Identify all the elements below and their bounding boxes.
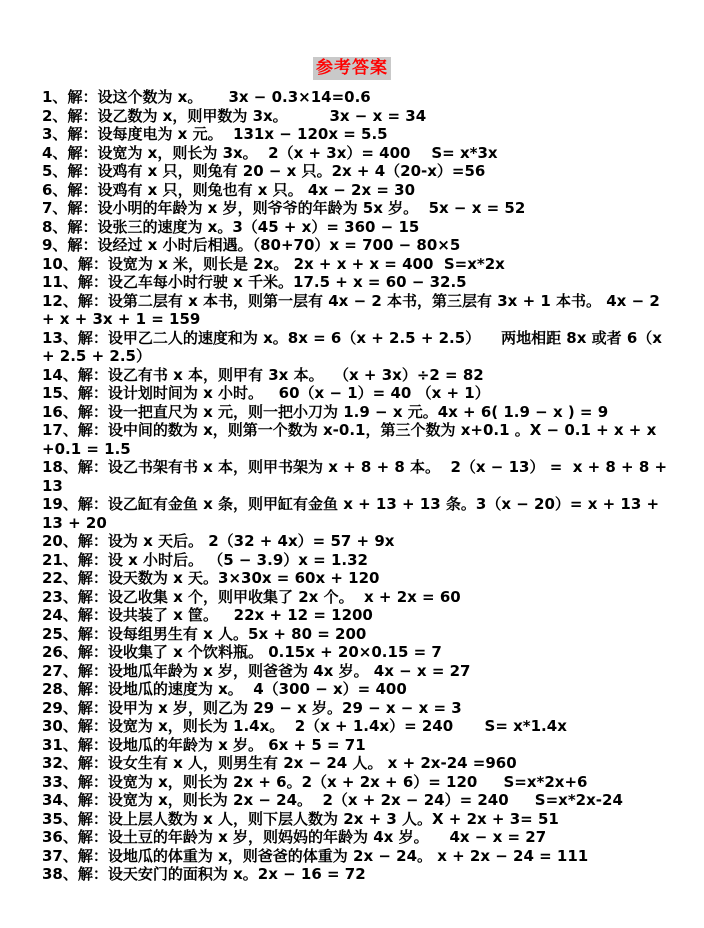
jie-label: 解：	[78, 865, 108, 883]
jie-label: 解：	[78, 662, 108, 680]
item-number: 2、	[42, 107, 67, 125]
jie-label: 解：	[67, 218, 97, 236]
answer-item: 32、解：设女生有 x 人，则男生有 2x − 24 人。 x + 2x-24 …	[42, 754, 674, 773]
jie-label: 解：	[78, 495, 108, 513]
item-number: 15、	[42, 384, 78, 402]
item-number: 37、	[42, 847, 78, 865]
jie-label: 解：	[78, 569, 108, 587]
jie-label: 解：	[78, 532, 108, 550]
item-content: 设乙收集 x 个，则甲收集了 2x 个。 x + 2x = 60	[108, 588, 461, 606]
jie-label: 解：	[78, 588, 108, 606]
item-number: 17、	[42, 421, 78, 439]
item-content: 设乙车每小时行驶 x 千米。17.5 + x = 60 − 32.5	[108, 273, 467, 291]
item-content: 设宽为 x，则长为 2x − 24。 2（x + 2x − 24）= 240 S…	[108, 791, 623, 809]
jie-label: 解：	[78, 625, 108, 643]
answer-item: 6、解：设鸡有 x 只，则兔也有 x 只。 4x − 2x = 30	[42, 181, 674, 200]
answer-item: 17、解：设中间的数为 x，则第一个数为 x-0.1，第三个数为 x+0.1 。…	[42, 421, 674, 458]
item-number: 9、	[42, 236, 67, 254]
answer-item: 15、解：设计划时间为 x 小时。 60（x − 1）= 40 （x + 1）	[42, 384, 674, 403]
item-number: 20、	[42, 532, 78, 550]
item-content: 设这个数为 x。 3x − 0.3×14=0.6	[97, 88, 370, 106]
item-number: 31、	[42, 736, 78, 754]
item-number: 10、	[42, 255, 78, 273]
item-content: 设一把直尺为 x 元，则一把小刀为 1.9 − x 元。4x + 6( 1.9 …	[108, 403, 608, 421]
item-number: 14、	[42, 366, 78, 384]
item-number: 18、	[42, 458, 78, 476]
item-content: 设每组男生有 x 人。5x + 80 = 200	[108, 625, 366, 643]
jie-label: 解：	[78, 680, 108, 698]
item-number: 30、	[42, 717, 78, 735]
item-number: 6、	[42, 181, 67, 199]
item-content: 设地瓜年龄为 x 岁，则爸爸为 4x 岁。 4x − x = 27	[108, 662, 471, 680]
answer-item: 23、解：设乙收集 x 个，则甲收集了 2x 个。 x + 2x = 60	[42, 588, 674, 607]
answers-list: 1、解：设这个数为 x。 3x − 0.3×14=0.6 2、解：设乙数为 x，…	[42, 88, 674, 884]
jie-label: 解：	[78, 847, 108, 865]
answer-item: 37、解：设地瓜的体重为 x，则爸爸的体重为 2x − 24。 x + 2x −…	[42, 847, 674, 866]
jie-label: 解：	[78, 773, 108, 791]
item-content: 设共装了 x 筐。 22x + 12 = 1200	[108, 606, 373, 624]
answer-item: 3、解：设每度电为 x 元。 131x − 120x = 5.5	[42, 125, 674, 144]
answer-item: 7、解：设小明的年龄为 x 岁，则爷爷的年龄为 5x 岁。 5x − x = 5…	[42, 199, 674, 218]
answer-item: 25、解：设每组男生有 x 人。5x + 80 = 200	[42, 625, 674, 644]
item-number: 7、	[42, 199, 67, 217]
answer-sheet-page: 参考答案 1、解：设这个数为 x。 3x − 0.3×14=0.6 2、解：设乙…	[0, 0, 704, 928]
answer-item: 19、解：设乙缸有金鱼 x 条，则甲缸有金鱼 x + 13 + 13 条。3（x…	[42, 495, 674, 532]
jie-label: 解：	[67, 107, 97, 125]
item-content: 设宽为 x 米，则长是 2x。 2x + x + x = 400 S=x*2x	[108, 255, 505, 273]
jie-label: 解：	[78, 810, 108, 828]
item-number: 35、	[42, 810, 78, 828]
answer-item: 16、解：设一把直尺为 x 元，则一把小刀为 1.9 − x 元。4x + 6(…	[42, 403, 674, 422]
item-number: 3、	[42, 125, 67, 143]
jie-label: 解：	[78, 791, 108, 809]
item-number: 16、	[42, 403, 78, 421]
answer-item: 33、解：设宽为 x，则长为 2x + 6。2（x + 2x + 6）= 120…	[42, 773, 674, 792]
item-content: 设乙书架有书 x 本，则甲书架为 x + 8 + 8 本。 2（x − 13） …	[42, 458, 672, 495]
item-number: 1、	[42, 88, 67, 106]
item-content: 设每度电为 x 元。 131x − 120x = 5.5	[97, 125, 387, 143]
answer-item: 26、解：设收集了 x 个饮料瓶。 0.15x + 20×0.15 = 7	[42, 643, 674, 662]
answer-item: 1、解：设这个数为 x。 3x − 0.3×14=0.6	[42, 88, 674, 107]
jie-label: 解：	[67, 181, 97, 199]
item-content: 设地瓜的速度为 x。 4（300 − x）= 400	[108, 680, 407, 698]
jie-label: 解：	[78, 754, 108, 772]
item-content: 设上层人数为 x 人，则下层人数为 2x + 3 人。X + 2x + 3= 5…	[108, 810, 559, 828]
item-number: 29、	[42, 699, 78, 717]
item-number: 13、	[42, 329, 78, 347]
jie-label: 解：	[67, 162, 97, 180]
jie-label: 解：	[78, 403, 108, 421]
answer-item: 18、解：设乙书架有书 x 本，则甲书架为 x + 8 + 8 本。 2（x −…	[42, 458, 674, 495]
jie-label: 解：	[78, 366, 108, 384]
item-number: 33、	[42, 773, 78, 791]
item-content: 设计划时间为 x 小时。 60（x − 1）= 40 （x + 1）	[108, 384, 490, 402]
jie-label: 解：	[78, 329, 108, 347]
answer-item: 5、解：设鸡有 x 只，则兔有 20 − x 只。2x + 4（20-x）=56	[42, 162, 674, 181]
answer-item: 2、解：设乙数为 x，则甲数为 3x。 3x − x = 34	[42, 107, 674, 126]
answer-item: 36、解：设土豆的年龄为 x 岁，则妈妈的年龄为 4x 岁。 4x − x = …	[42, 828, 674, 847]
item-number: 8、	[42, 218, 67, 236]
item-content: 设 x 小时后。 （5 − 3.9）x = 1.32	[108, 551, 368, 569]
item-content: 设收集了 x 个饮料瓶。 0.15x + 20×0.15 = 7	[108, 643, 442, 661]
jie-label: 解：	[78, 717, 108, 735]
item-content: 设鸡有 x 只，则兔也有 x 只。 4x − 2x = 30	[97, 181, 415, 199]
item-number: 32、	[42, 754, 78, 772]
item-number: 27、	[42, 662, 78, 680]
item-number: 38、	[42, 865, 78, 883]
item-number: 23、	[42, 588, 78, 606]
item-content: 设天安门的面积为 x。2x − 16 = 72	[108, 865, 366, 883]
item-content: 设甲为 x 岁，则乙为 29 − x 岁。29 − x − x = 3	[108, 699, 462, 717]
answer-item: 20、解：设为 x 天后。 2（32 + 4x）= 57 + 9x	[42, 532, 674, 551]
item-content: 设张三的速度为 x。3（45 + x）= 360 − 15	[97, 218, 419, 236]
jie-label: 解：	[78, 828, 108, 846]
item-number: 26、	[42, 643, 78, 661]
item-number: 22、	[42, 569, 78, 587]
item-number: 5、	[42, 162, 67, 180]
item-content: 设宽为 x，则长为 2x + 6。2（x + 2x + 6）= 120 S=x*…	[108, 773, 588, 791]
item-content: 设天数为 x 天。3×30x = 60x + 120	[108, 569, 380, 587]
item-content: 设乙有书 x 本，则甲有 3x 本。 （x + 3x）÷2 = 82	[108, 366, 484, 384]
answer-item: 30、解：设宽为 x，则长为 1.4x。 2（x + 1.4x）= 240 S=…	[42, 717, 674, 736]
item-content: 设中间的数为 x，则第一个数为 x-0.1，第三个数为 x+0.1 。X − 0…	[42, 421, 662, 458]
answer-item: 31、解：设地瓜的年龄为 x 岁。 6x + 5 = 71	[42, 736, 674, 755]
item-content: 设宽为 x，则长为 3x。 2（x + 3x）= 400 S= x*3x	[97, 144, 497, 162]
item-content: 设地瓜的年龄为 x 岁。 6x + 5 = 71	[108, 736, 366, 754]
item-number: 19、	[42, 495, 78, 513]
item-number: 36、	[42, 828, 78, 846]
title-row: 参考答案	[0, 0, 704, 80]
item-content: 设女生有 x 人，则男生有 2x − 24 人。 x + 2x-24 =960	[108, 754, 517, 772]
answer-item: 21、解：设 x 小时后。 （5 − 3.9）x = 1.32	[42, 551, 674, 570]
answer-item: 4、解：设宽为 x，则长为 3x。 2（x + 3x）= 400 S= x*3x	[42, 144, 674, 163]
item-number: 25、	[42, 625, 78, 643]
jie-label: 解：	[78, 384, 108, 402]
item-content: 设乙缸有金鱼 x 条，则甲缸有金鱼 x + 13 + 13 条。3（x − 20…	[42, 495, 664, 532]
answer-item: 12、解：设第二层有 x 本书，则第一层有 4x − 2 本书，第三层有 3x …	[42, 292, 674, 329]
item-content: 设甲乙二人的速度和为 x。8x = 6（x + 2.5 + 2.5） 两地相距 …	[42, 329, 667, 366]
jie-label: 解：	[67, 88, 97, 106]
item-content: 设宽为 x，则长为 1.4x。 2（x + 1.4x）= 240 S= x*1.…	[108, 717, 567, 735]
answer-item: 34、解：设宽为 x，则长为 2x − 24。 2（x + 2x − 24）= …	[42, 791, 674, 810]
answer-item: 13、解：设甲乙二人的速度和为 x。8x = 6（x + 2.5 + 2.5） …	[42, 329, 674, 366]
item-content: 设乙数为 x，则甲数为 3x。 3x − x = 34	[97, 107, 426, 125]
item-content: 设土豆的年龄为 x 岁，则妈妈的年龄为 4x 岁。 4x − x = 27	[108, 828, 546, 846]
jie-label: 解：	[78, 606, 108, 624]
item-number: 11、	[42, 273, 78, 291]
answer-item: 28、解：设地瓜的速度为 x。 4（300 − x）= 400	[42, 680, 674, 699]
answer-item: 14、解：设乙有书 x 本，则甲有 3x 本。 （x + 3x）÷2 = 82	[42, 366, 674, 385]
item-content: 设鸡有 x 只，则兔有 20 − x 只。2x + 4（20-x）=56	[97, 162, 485, 180]
item-number: 4、	[42, 144, 67, 162]
jie-label: 解：	[78, 736, 108, 754]
answer-item: 29、解：设甲为 x 岁，则乙为 29 − x 岁。29 − x − x = 3	[42, 699, 674, 718]
jie-label: 解：	[67, 236, 97, 254]
page-title: 参考答案	[313, 57, 391, 80]
jie-label: 解：	[67, 199, 97, 217]
answer-item: 22、解：设天数为 x 天。3×30x = 60x + 120	[42, 569, 674, 588]
jie-label: 解：	[78, 699, 108, 717]
jie-label: 解：	[78, 551, 108, 569]
jie-label: 解：	[78, 421, 108, 439]
answer-item: 9、解：设经过 x 小时后相遇。（80+70）x = 700 − 80×5	[42, 236, 674, 255]
item-content: 设小明的年龄为 x 岁，则爷爷的年龄为 5x 岁。 5x − x = 52	[97, 199, 525, 217]
answer-item: 24、解：设共装了 x 筐。 22x + 12 = 1200	[42, 606, 674, 625]
item-number: 28、	[42, 680, 78, 698]
answer-item: 8、解：设张三的速度为 x。3（45 + x）= 360 − 15	[42, 218, 674, 237]
jie-label: 解：	[78, 273, 108, 291]
answer-item: 38、解：设天安门的面积为 x。2x − 16 = 72	[42, 865, 674, 884]
item-content: 设地瓜的体重为 x，则爸爸的体重为 2x − 24。 x + 2x − 24 =…	[108, 847, 588, 865]
jie-label: 解：	[78, 643, 108, 661]
item-content: 设第二层有 x 本书，则第一层有 4x − 2 本书，第三层有 3x + 1 本…	[42, 292, 665, 329]
answer-item: 27、解：设地瓜年龄为 x 岁，则爸爸为 4x 岁。 4x − x = 27	[42, 662, 674, 681]
jie-label: 解：	[78, 458, 108, 476]
answer-item: 11、解：设乙车每小时行驶 x 千米。17.5 + x = 60 − 32.5	[42, 273, 674, 292]
item-number: 12、	[42, 292, 78, 310]
item-content: 设为 x 天后。 2（32 + 4x）= 57 + 9x	[108, 532, 395, 550]
item-content: 设经过 x 小时后相遇。（80+70）x = 700 − 80×5	[97, 236, 460, 254]
item-number: 24、	[42, 606, 78, 624]
jie-label: 解：	[67, 144, 97, 162]
item-number: 21、	[42, 551, 78, 569]
answer-item: 35、解：设上层人数为 x 人，则下层人数为 2x + 3 人。X + 2x +…	[42, 810, 674, 829]
jie-label: 解：	[78, 292, 108, 310]
jie-label: 解：	[78, 255, 108, 273]
item-number: 34、	[42, 791, 78, 809]
answer-item: 10、解：设宽为 x 米，则长是 2x。 2x + x + x = 400 S=…	[42, 255, 674, 274]
jie-label: 解：	[67, 125, 97, 143]
